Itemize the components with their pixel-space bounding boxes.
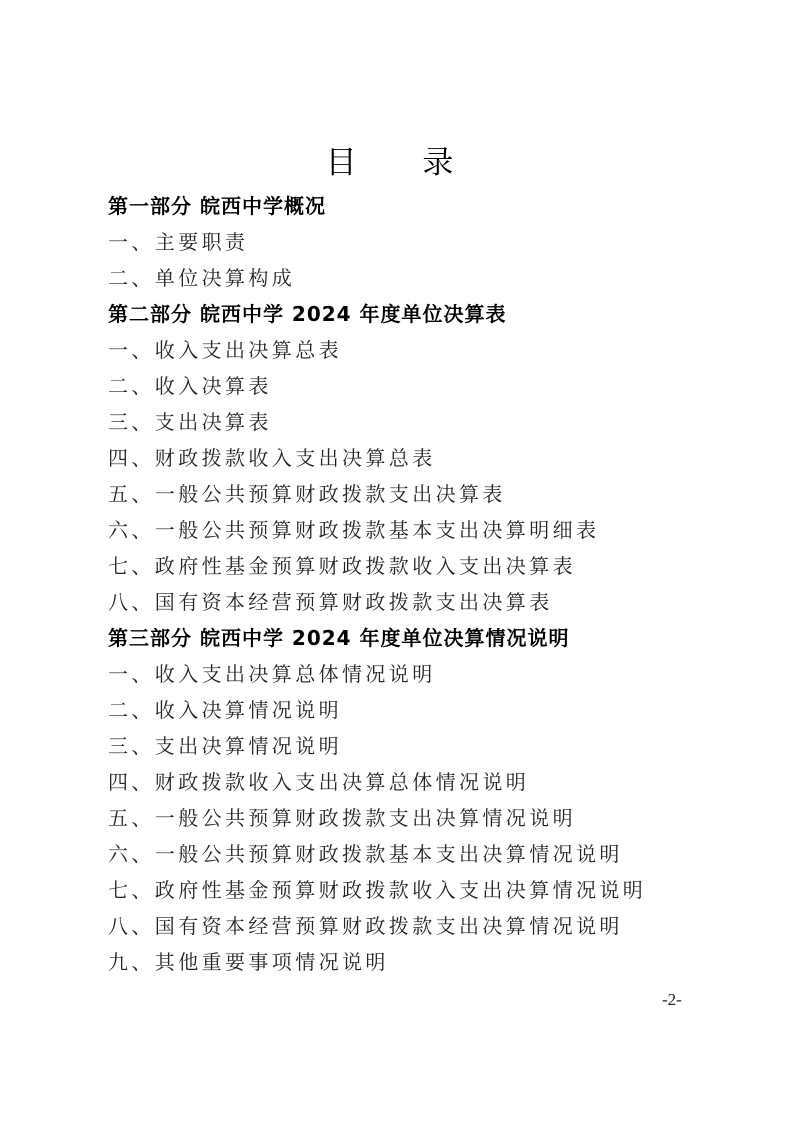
toc-part-heading: 第一部分 皖西中学概况 — [108, 188, 646, 224]
toc-item: 八、国有资本经营预算财政拨款支出决算表 — [108, 584, 646, 620]
toc-item: 二、收入决算表 — [108, 368, 646, 404]
toc-item: 五、一般公共预算财政拨款支出决算表 — [108, 476, 646, 512]
toc-item: 七、政府性基金预算财政拨款收入支出决算表 — [108, 548, 646, 584]
toc-item: 五、一般公共预算财政拨款支出决算情况说明 — [108, 800, 646, 836]
toc-item: 九、其他重要事项情况说明 — [108, 944, 646, 980]
page-number: -2- — [662, 990, 682, 1010]
toc-item: 三、支出决算表 — [108, 404, 646, 440]
toc-item: 一、收入支出决算总表 — [108, 332, 646, 368]
toc-item: 七、政府性基金预算财政拨款收入支出决算情况说明 — [108, 872, 646, 908]
toc-item: 六、一般公共预算财政拨款基本支出决算情况说明 — [108, 836, 646, 872]
page-title: 目 录 — [0, 143, 793, 183]
toc-item: 一、收入支出决算总体情况说明 — [108, 656, 646, 692]
toc-item: 四、财政拨款收入支出决算总表 — [108, 440, 646, 476]
toc-item: 八、国有资本经营预算财政拨款支出决算情况说明 — [108, 908, 646, 944]
toc-item: 二、单位决算构成 — [108, 260, 646, 296]
toc-item: 二、收入决算情况说明 — [108, 692, 646, 728]
toc-part-heading: 第三部分 皖西中学 2024 年度单位决算情况说明 — [108, 620, 646, 656]
toc-item: 一、主要职责 — [108, 224, 646, 260]
toc-item: 四、财政拨款收入支出决算总体情况说明 — [108, 764, 646, 800]
toc-item: 三、支出决算情况说明 — [108, 728, 646, 764]
toc-part-heading: 第二部分 皖西中学 2024 年度单位决算表 — [108, 296, 646, 332]
table-of-contents: 第一部分 皖西中学概况 一、主要职责 二、单位决算构成 第二部分 皖西中学 20… — [108, 188, 646, 980]
toc-item: 六、一般公共预算财政拨款基本支出决算明细表 — [108, 512, 646, 548]
